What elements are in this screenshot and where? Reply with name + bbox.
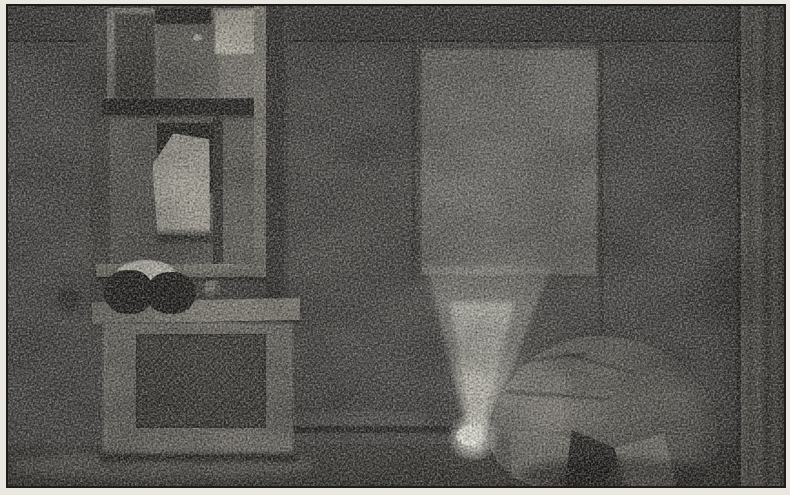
window-highlight xyxy=(193,34,202,41)
window-upper-pane xyxy=(107,8,261,100)
window-meeting-rail xyxy=(102,98,268,116)
window-jamb-highlight xyxy=(254,6,266,266)
window-mullion xyxy=(213,115,223,273)
projection-screen xyxy=(420,48,598,276)
floor-lamp xyxy=(456,426,482,445)
window-curtain xyxy=(741,6,786,488)
chair-shadow xyxy=(520,458,710,488)
device-body xyxy=(146,272,196,314)
wall-fixture xyxy=(54,286,82,316)
halftone-photograph xyxy=(6,4,786,488)
building-silhouette xyxy=(159,12,219,98)
radiator-grille xyxy=(136,334,266,428)
window-latch-silhouette xyxy=(155,8,211,24)
card-shadow xyxy=(157,231,213,243)
page-margin xyxy=(0,0,790,495)
small-ball xyxy=(204,280,222,300)
building-silhouette xyxy=(115,14,155,98)
radiator-base-shadow xyxy=(100,452,296,462)
window-lower-sash xyxy=(107,115,263,273)
window-casing-right xyxy=(266,6,284,304)
wall-panel-line-left xyxy=(412,40,415,280)
